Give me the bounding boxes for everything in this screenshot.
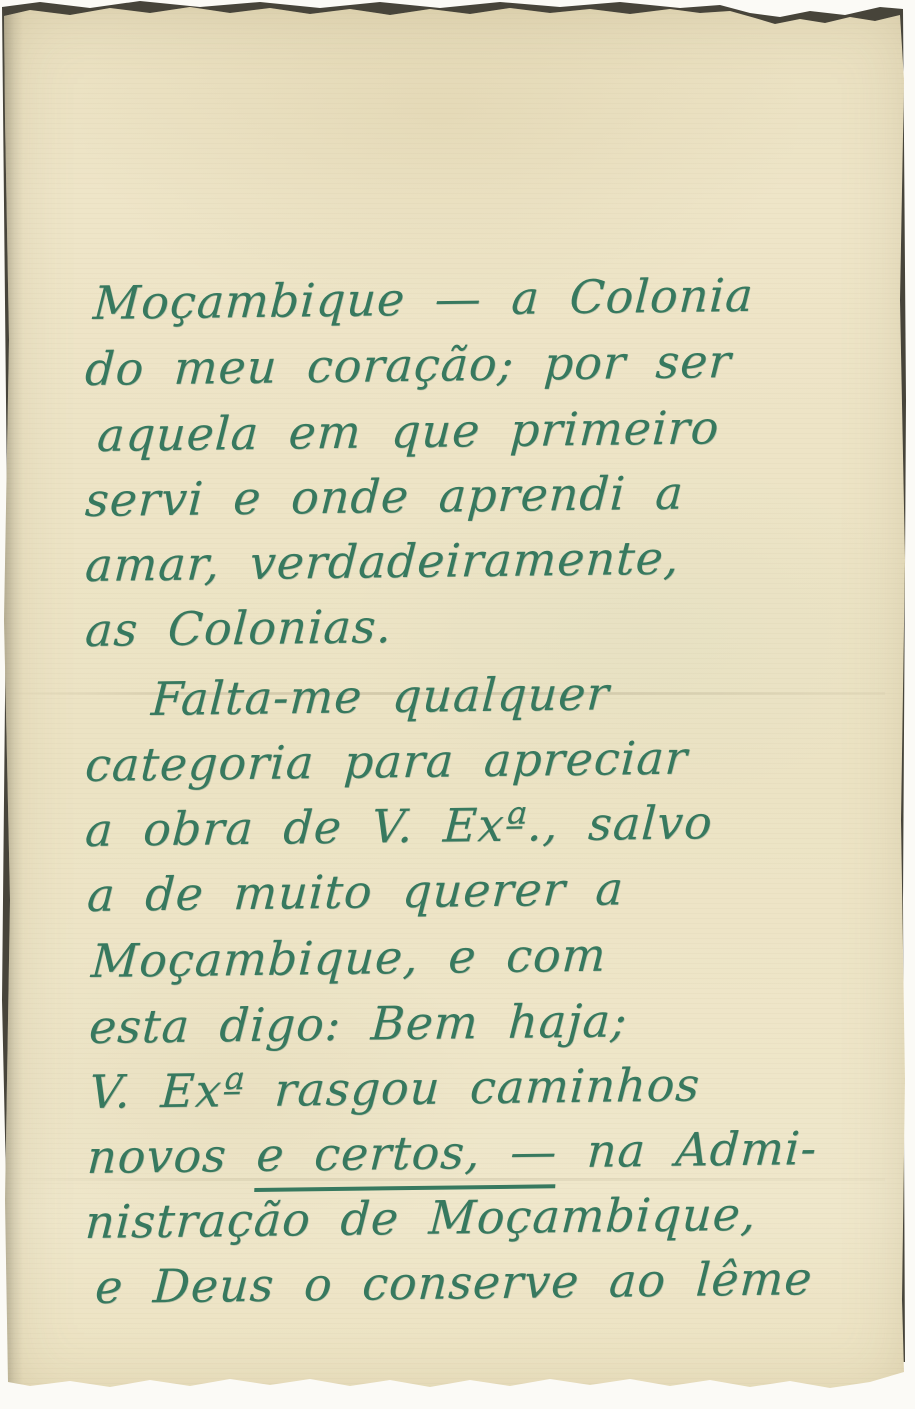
handwriting-line: do meu coração; por ser [84,338,733,392]
handwriting-line: nistração de Moçambique, [84,1191,758,1245]
handwriting-line: e Deus o conserve ao lême [94,1255,814,1310]
handwriting-line: a obra de V. Exª., salvo [84,799,714,853]
handwriting-text: aquela em que primeiro [96,400,721,462]
handwriting-text: novos [86,1128,258,1184]
handwriting-line: aquela em que primeiro [96,404,721,458]
handwriting-text: esta digo: Bem haja; [88,993,629,1054]
handwriting-text: Moçambique — a Colonia [92,268,755,330]
handwriting-text: Falta-me qualquer [150,666,611,726]
handwriting-line: servi e onde aprendi a [84,470,685,523]
handwriting-line: Moçambique — a Colonia [92,272,755,326]
handwriting-text: V. Exª rasgou caminhos [88,1057,702,1119]
handwriting-line: esta digo: Bem haja; [88,997,629,1050]
handwriting-text: e Deus o conserve ao lême [94,1251,814,1314]
handwriting-line: Moçambique, e com [90,932,608,984]
handwriting-line: amar, verdadeiramente, [84,535,681,588]
handwriting-text: Moçambique, e com [90,928,608,988]
handwriting-text: amar, verdadeiramente, [84,531,681,592]
handwriting-text: nistração de Moçambique, [84,1187,758,1249]
handwriting-text: a de muito querer a [86,861,626,922]
handwriting-text: do meu coração; por ser [84,334,733,396]
handwriting-text: as Colonias. [84,599,394,657]
letter-body: Moçambique — a Coloniado meu coração; po… [0,0,915,1409]
handwriting-line: Falta-me qualquer [150,670,611,722]
handwriting-line: as Colonias. [84,603,394,653]
letter-paper: Moçambique — a Coloniado meu coração; po… [0,0,915,1409]
handwriting-text: servi e onde aprendi a [84,466,686,527]
handwriting-text: na Admi- [556,1121,819,1178]
handwriting-line: a de muito querer a [86,865,625,918]
handwriting-line: novos e certos, — na Admi- [86,1125,819,1180]
handwriting-text: categoria para apreciar [84,731,690,792]
scan-background: Moçambique — a Coloniado meu coração; po… [0,0,915,1409]
underlined-phrase: e certos, — [254,1124,559,1192]
handwriting-text: a obra de V. Exª., salvo [84,795,715,857]
handwriting-line: categoria para apreciar [84,735,689,788]
handwriting-line: V. Exª rasgou caminhos [88,1062,702,1115]
